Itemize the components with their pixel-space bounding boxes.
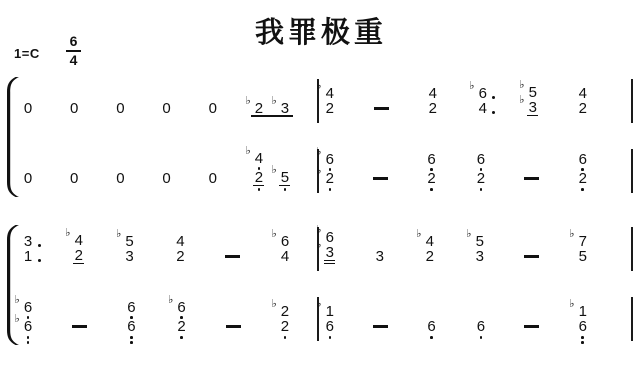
note-digit: 0	[23, 171, 34, 186]
flat-icon: ♭	[65, 228, 70, 239]
flat-icon: ♭	[271, 229, 276, 240]
octave-dot-icon	[329, 336, 332, 339]
rest-cell: 0	[161, 76, 173, 128]
octave-dot-icon	[430, 188, 433, 191]
measure: 6♭3♭34♭25♭37♭5	[319, 224, 631, 276]
note-cell: 2♭	[253, 76, 265, 128]
note-digit: 2	[253, 170, 264, 186]
octave-dot-icon	[329, 188, 332, 191]
rest-cell: 0	[161, 146, 173, 198]
chord-cell: 5♭3	[474, 224, 486, 276]
flat-icon: ♭	[519, 95, 524, 106]
measure: 314♭25♭3426♭4	[22, 224, 317, 276]
below-zone	[581, 334, 584, 346]
note-digit: 3	[474, 249, 485, 264]
chord-cell: 1♭6	[577, 294, 589, 346]
flat-icon: ♭	[316, 225, 321, 236]
note-digit: 2	[475, 171, 486, 186]
octave-dot-icon	[130, 336, 133, 339]
note-digit: 3	[23, 234, 34, 249]
measure: 000002♭3♭	[22, 76, 317, 128]
octave-dot-icon	[581, 341, 584, 344]
barline	[631, 227, 633, 271]
augmentation-dot-icon	[38, 244, 41, 247]
note-cell: 3	[374, 224, 386, 276]
note-digit: 4♭	[253, 151, 264, 166]
dash-cell	[524, 319, 539, 334]
note-digit: 2♭	[279, 304, 290, 319]
note-cell: 6	[475, 294, 487, 346]
note-digit: 0	[115, 171, 126, 186]
note-digit: 6♭	[477, 86, 488, 101]
dash-icon	[373, 177, 388, 180]
below-zone	[258, 186, 261, 198]
note-digit: 3	[124, 249, 135, 264]
note-digit: 3♭	[324, 245, 335, 264]
staff: 6♭6♭666♭22♭21♭6661♭6	[22, 294, 633, 346]
page-title: 我罪极重	[255, 10, 387, 51]
flat-icon: ♭	[316, 299, 321, 310]
note-digit: 0	[23, 101, 34, 116]
chord-cell: 4♭2	[324, 76, 336, 128]
dash-cell	[524, 146, 539, 198]
octave-dot-icon	[130, 341, 133, 344]
note-cell: 5♭	[279, 146, 291, 198]
below-zone	[27, 334, 30, 346]
note-digit: 4	[477, 101, 488, 116]
note-digit: 6	[577, 319, 588, 334]
chord-cell: 6♭4	[477, 76, 489, 128]
note-digit: 0	[115, 101, 126, 116]
chord-cell: 6♭6♭	[22, 294, 34, 346]
note-digit: 6♭	[324, 230, 335, 245]
system-bracket	[6, 76, 22, 198]
note-digit: 3♭	[527, 100, 538, 116]
flat-icon: ♭	[245, 146, 250, 157]
note-digit: 6	[126, 300, 137, 315]
note-digit: 1♭	[324, 304, 335, 319]
note-digit: 4	[279, 249, 290, 264]
dash-cell	[524, 294, 539, 346]
note-digit: 5♭	[124, 234, 135, 249]
note-digit: 0	[161, 101, 172, 116]
note-digit: 0	[207, 171, 218, 186]
dash-cell	[72, 319, 87, 334]
flat-icon: ♭	[116, 229, 121, 240]
system: 314♭25♭3426♭46♭3♭34♭25♭37♭56♭6♭666♭22♭21…	[6, 224, 642, 346]
sheet-page: 1=C 6 4 我罪极重 000002♭3♭4♭2426♭45♭3♭420000…	[0, 0, 642, 369]
chord-cell: 2♭2	[279, 294, 291, 346]
dash-icon	[524, 177, 539, 180]
staves: 000002♭3♭4♭2426♭45♭3♭42000004♭25♭6♭2♭626…	[22, 76, 633, 198]
note-digit: 6	[426, 319, 437, 334]
dash-cell	[373, 319, 388, 334]
note-digit: 2♭	[324, 171, 335, 186]
note-digit: 4	[577, 86, 588, 101]
note-digit: 5♭	[474, 234, 485, 249]
chord-cell: 6♭3♭	[324, 224, 336, 276]
note-digit: 2	[279, 319, 290, 334]
flat-icon: ♭	[316, 240, 321, 251]
note-cell: 6	[426, 294, 438, 346]
dash-cell	[373, 146, 388, 198]
note-digit: 5♭	[527, 85, 538, 100]
octave-dot-icon	[258, 188, 261, 191]
key-signature: 1=C	[14, 46, 40, 61]
flat-icon: ♭	[316, 147, 321, 158]
score-header: 1=C 6 4 我罪极重	[0, 0, 642, 76]
octave-dot-icon	[180, 336, 183, 339]
below-zone	[430, 186, 433, 198]
rest-cell: 0	[114, 76, 126, 128]
note-digit: 2	[577, 171, 588, 186]
below-zone	[480, 186, 483, 198]
flat-icon: ♭	[569, 229, 574, 240]
octave-dot-icon	[27, 341, 30, 344]
below-zone	[180, 334, 183, 346]
chord-cell: 5♭3	[124, 224, 136, 276]
measure: 6♭6♭666♭22♭2	[22, 294, 317, 346]
measure: 000004♭25♭	[22, 146, 317, 198]
dash-icon	[373, 325, 388, 328]
time-signature: 6 4	[66, 34, 81, 68]
chord-cell: 42	[174, 224, 186, 276]
below-zone	[130, 334, 133, 346]
note-digit: 1	[23, 249, 34, 264]
note-digit: 4♭	[424, 234, 435, 249]
measure: 4♭2426♭45♭3♭42	[319, 76, 631, 128]
note-digit: 0	[207, 101, 218, 116]
note-digit: 3	[374, 249, 385, 264]
note-digit: 2	[424, 249, 435, 264]
chord-cell: 4♭2	[73, 224, 85, 276]
dash-cell	[226, 319, 241, 334]
chord-cell: 62	[426, 146, 438, 198]
beam-group: 2♭3♭	[253, 76, 291, 128]
note-digit: 6♭	[23, 300, 34, 315]
note-digit: 6♭	[23, 319, 34, 334]
note-digit: 2♭	[253, 101, 264, 116]
chord-cell: 6♭2	[176, 294, 188, 346]
flat-icon: ♭	[316, 81, 321, 92]
note-digit: 6	[577, 152, 588, 167]
augmentation-dot-icon	[492, 111, 495, 114]
octave-dot-icon	[480, 336, 483, 339]
dash-cell	[524, 224, 539, 276]
note-digit: 3♭	[279, 101, 290, 116]
dash-cell	[225, 224, 240, 276]
note-digit: 6	[475, 319, 486, 334]
note-digit: 4	[175, 234, 186, 249]
dash-cell	[72, 294, 87, 346]
time-signature-denominator: 4	[70, 53, 78, 68]
augmentation-dot-icon	[492, 96, 495, 99]
chord-cell: 66	[125, 294, 137, 346]
note-digit: 6	[126, 319, 137, 334]
flat-icon: ♭	[316, 166, 321, 177]
flat-icon: ♭	[271, 299, 276, 310]
dash-icon	[225, 255, 240, 258]
note-digit: 6♭	[324, 152, 335, 167]
flat-icon: ♭	[15, 314, 20, 325]
note-digit: 6	[475, 152, 486, 167]
below-zone	[329, 334, 332, 346]
note-digit: 2	[427, 101, 438, 116]
dash-icon	[524, 325, 539, 328]
note-digit: 6	[426, 152, 437, 167]
dash-cell	[524, 171, 539, 186]
note-digit: 1♭	[577, 304, 588, 319]
below-zone	[284, 334, 287, 346]
flat-icon: ♭	[168, 295, 173, 306]
chord-cell: 5♭3♭	[527, 76, 539, 128]
dash-cell	[226, 294, 241, 346]
augmentation-dot-icon	[38, 259, 41, 262]
octave-dot-icon	[480, 188, 483, 191]
rest-cell: 0	[68, 146, 80, 198]
note-digit: 0	[69, 171, 80, 186]
below-zone	[284, 186, 287, 198]
flat-icon: ♭	[519, 80, 524, 91]
dash-icon	[226, 325, 241, 328]
score-body: 000002♭3♭4♭2426♭45♭3♭42000004♭25♭6♭2♭626…	[0, 76, 642, 346]
measure: 1♭6661♭6	[319, 294, 631, 346]
note-digit: 4♭	[324, 86, 335, 101]
chord-cell: 62	[577, 146, 589, 198]
flat-icon: ♭	[15, 295, 20, 306]
beam-underline	[251, 115, 293, 117]
chord-cell: 7♭5	[577, 224, 589, 276]
octave-dot-icon	[27, 336, 30, 339]
flat-icon: ♭	[466, 229, 471, 240]
dash-cell	[374, 76, 389, 128]
rest-cell: 0	[207, 76, 219, 128]
note-digit: 4♭	[73, 233, 84, 248]
chord-cell: 62	[475, 146, 487, 198]
below-zone	[581, 186, 584, 198]
note-digit: 2	[324, 101, 335, 116]
rest-cell: 0	[22, 146, 34, 198]
chord-cell: 4♭2	[253, 146, 265, 198]
octave-dot-icon	[581, 188, 584, 191]
note-digit: 2	[426, 171, 437, 186]
note-digit: 2	[175, 249, 186, 264]
chord-cell: 4♭2	[424, 224, 436, 276]
note-digit: 2	[176, 319, 187, 334]
below-zone	[480, 334, 483, 346]
rest-cell: 0	[68, 76, 80, 128]
chord-cell: 42	[577, 76, 589, 128]
note-digit: 5	[577, 249, 588, 264]
measure: 6♭2♭626262	[319, 146, 631, 198]
flat-icon: ♭	[416, 229, 421, 240]
flat-icon: ♭	[569, 299, 574, 310]
note-digit: 0	[161, 171, 172, 186]
rest-cell: 0	[114, 146, 126, 198]
dash-cell	[225, 249, 240, 264]
dash-icon	[72, 325, 87, 328]
chord-cell: 1♭6	[324, 294, 336, 346]
note-digit: 6♭	[176, 300, 187, 315]
barline	[631, 149, 633, 193]
flat-icon: ♭	[271, 96, 276, 107]
note-cell: 3♭	[279, 76, 291, 128]
note-digit: 0	[69, 101, 80, 116]
flat-icon: ♭	[245, 96, 250, 107]
system: 000002♭3♭4♭2426♭45♭3♭42000004♭25♭6♭2♭626…	[6, 76, 642, 198]
note-digit: 2	[73, 248, 84, 264]
barline	[631, 79, 633, 123]
dash-cell	[374, 101, 389, 116]
chord-cell: 42	[427, 76, 439, 128]
octave-dot-icon	[284, 188, 287, 191]
note-digit: 4	[427, 86, 438, 101]
below-zone	[329, 186, 332, 198]
staves: 314♭25♭3426♭46♭3♭34♭25♭37♭56♭6♭666♭22♭21…	[22, 224, 633, 346]
dash-cell	[373, 171, 388, 186]
dash-icon	[524, 255, 539, 258]
octave-dot-icon	[284, 336, 287, 339]
chord-cell: 6♭2♭	[324, 146, 336, 198]
time-signature-numerator: 6	[70, 34, 78, 49]
flat-icon: ♭	[469, 81, 474, 92]
note-digit: 6	[324, 319, 335, 334]
note-digit: 7♭	[577, 234, 588, 249]
note-digit: 5♭	[279, 170, 290, 186]
note-digit: 6♭	[279, 234, 290, 249]
chord-cell: 31	[22, 224, 34, 276]
dash-cell	[524, 249, 539, 264]
system-bracket	[6, 224, 22, 346]
beam-group: 4♭25♭	[253, 146, 291, 198]
staff: 000004♭25♭6♭2♭626262	[22, 146, 633, 198]
dash-icon	[374, 107, 389, 110]
below-zone	[430, 334, 433, 346]
octave-dot-icon	[581, 336, 584, 339]
staff: 314♭25♭3426♭46♭3♭34♭25♭37♭5	[22, 224, 633, 276]
barline	[631, 297, 633, 341]
rest-cell: 0	[22, 76, 34, 128]
chord-cell: 6♭4	[279, 224, 291, 276]
octave-dot-icon	[430, 336, 433, 339]
flat-icon: ♭	[271, 165, 276, 176]
dash-cell	[373, 294, 388, 346]
note-digit: 2	[577, 101, 588, 116]
staff: 000002♭3♭4♭2426♭45♭3♭42	[22, 76, 633, 128]
rest-cell: 0	[207, 146, 219, 198]
